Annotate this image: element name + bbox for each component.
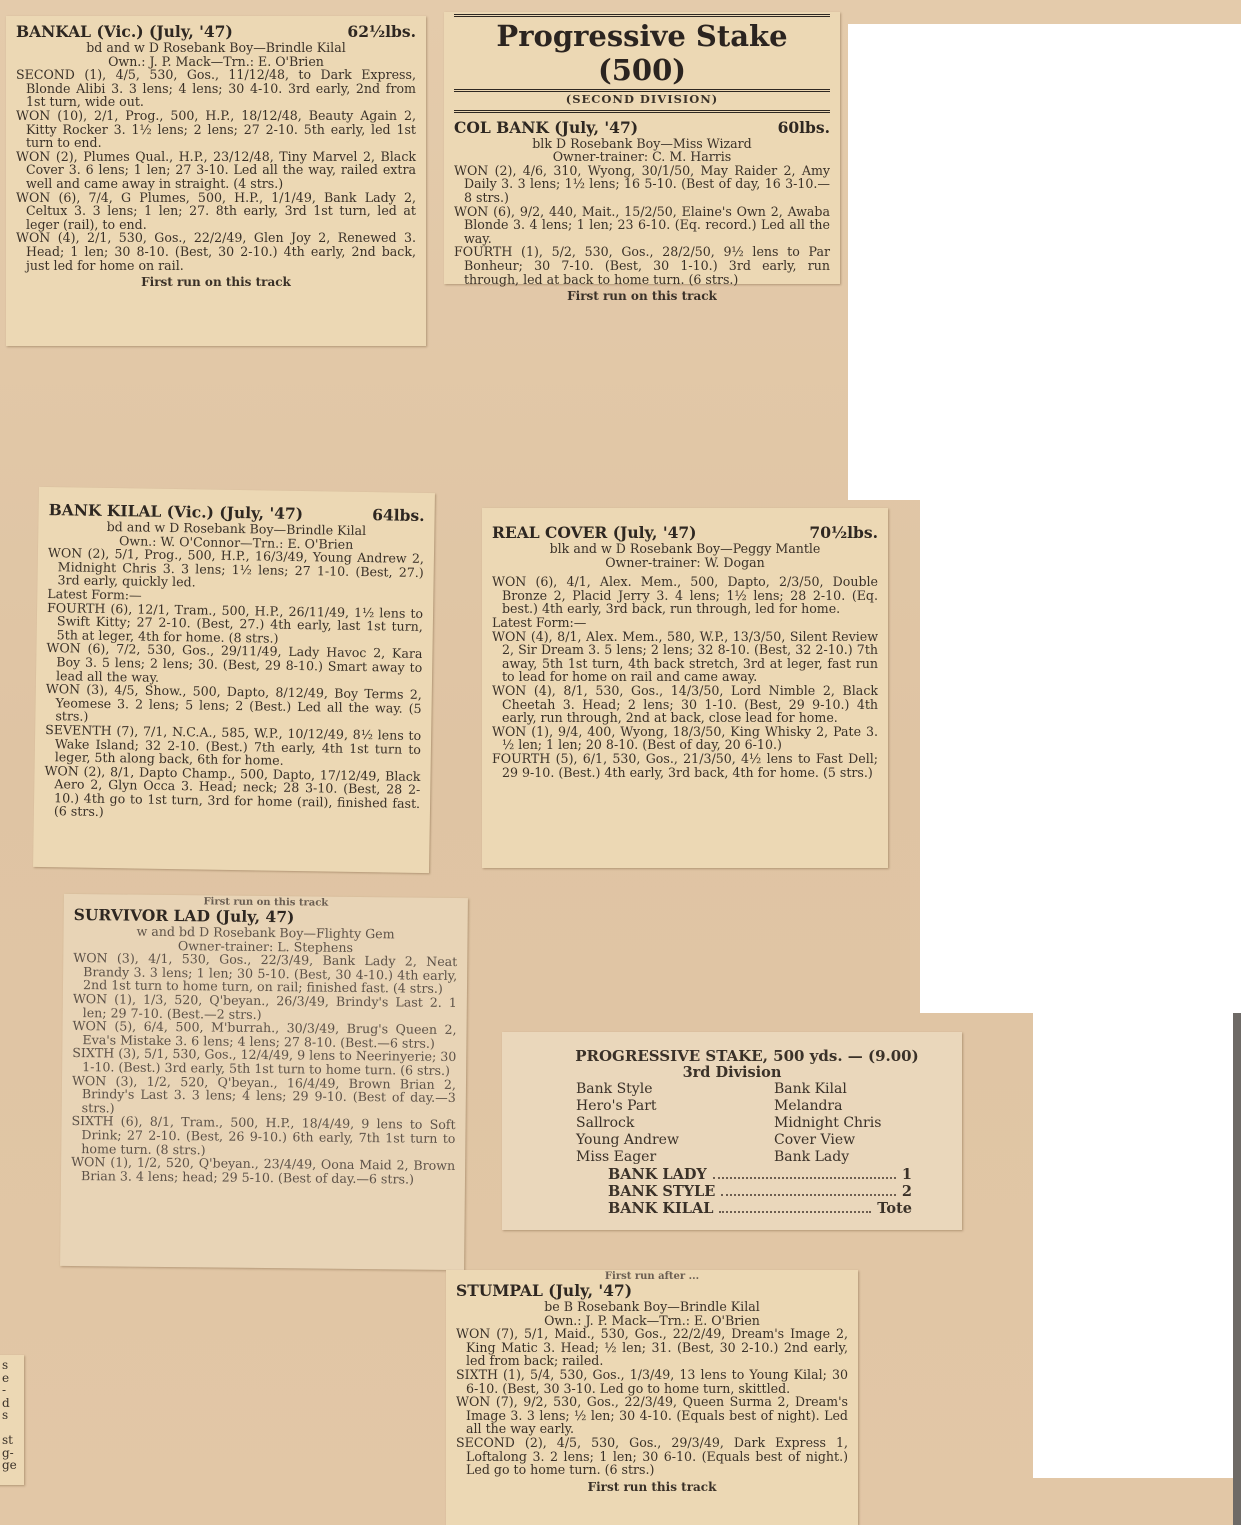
horse-header: COL BANK (July, '47) 60lbs.	[454, 119, 830, 137]
clipping-col-bank: Progressive Stake (500) (SECOND DIVISION…	[444, 12, 840, 284]
fragment-line: s	[2, 1359, 22, 1372]
form-line: WON (10), 2/1, Prog., 500, H.P., 18/12/4…	[16, 109, 416, 150]
fragment-line: s	[2, 1409, 22, 1422]
race-title: Progressive Stake (500)	[454, 14, 830, 92]
connections: Owner-trainer: C. M. Harris	[454, 150, 830, 164]
result-horse: BANK STYLE	[608, 1183, 715, 1200]
leader-dots	[713, 1166, 896, 1179]
connections: Owner-trainer: W. Dogan	[492, 556, 878, 570]
race-division: 3rd Division	[512, 1065, 952, 1081]
form-lines: SECOND (1), 4/5, 530, Gos., 11/12/48, to…	[16, 68, 416, 272]
form-line: WON (2), Plumes Qual., H.P., 23/12/48, T…	[16, 150, 416, 191]
form-line: SIXTH (6), 8/1, Tram., 500, H.P., 18/4/4…	[71, 1114, 455, 1159]
form-line: SIXTH (1), 5/4, 530, Gos., 1/3/49, 13 le…	[456, 1368, 848, 1395]
horse-name: COL BANK (July, '47)	[454, 119, 638, 137]
clipping-stumpal: First run after ... STUMPAL (July, '47) …	[446, 1270, 858, 1525]
entry-name: Sallrock	[576, 1115, 754, 1132]
clipping-footer: First run this track	[456, 1481, 848, 1495]
form-lines: WON (3), 4/1, 530, Gos., 22/3/49, Bank L…	[71, 951, 457, 1186]
clipping-third-division: PROGRESSIVE STAKE, 500 yds. — (9.00) 3rd…	[502, 1032, 962, 1230]
clipping-bankal: BANKAL (Vic.) (July, '47) 62½lbs. bd and…	[6, 16, 426, 346]
horse-header: REAL COVER (July, '47) 70½lbs.	[492, 524, 878, 542]
form-line: WON (1), 9/4, 400, Wyong, 18/3/50, King …	[492, 725, 878, 752]
entry-name: Young Andrew	[576, 1132, 754, 1149]
connections: Own.: J. P. Mack—Trn.: E. O'Brien	[16, 55, 416, 69]
fragment-line: -	[2, 1384, 22, 1397]
horse-weight: 62½lbs.	[347, 23, 416, 41]
entry-name: Midnight Chris	[774, 1115, 952, 1132]
form-line: WON (3), 4/1, 530, Gos., 22/3/49, Bank L…	[73, 951, 457, 996]
form-line: WON (6), 9/2, 440, Mait., 15/2/50, Elain…	[454, 205, 830, 246]
result-place: 1	[902, 1166, 912, 1183]
binding-shadow	[1233, 1013, 1241, 1525]
form-lines: FOURTH (6), 12/1, Tram., 500, H.P., 26/1…	[44, 601, 423, 824]
form-line: WON (1), 1/2, 520, Q'beyan., 23/4/49, Oo…	[71, 1155, 455, 1186]
entry-name: Bank Kilal	[774, 1081, 952, 1098]
race-title: PROGRESSIVE STAKE, 500 yds. — (9.00)	[512, 1048, 952, 1065]
result-horse: BANK KILAL	[608, 1200, 713, 1217]
form-line: FOURTH (1), 5/2, 530, Gos., 28/2/50, 9½ …	[454, 245, 830, 286]
fragment-lines: se-ds stg-ge	[2, 1359, 22, 1472]
clipping-real-cover: REAL COVER (July, '47) 70½lbs. blk and w…	[482, 508, 888, 868]
entry-name: Bank Style	[576, 1081, 754, 1098]
horse-header: STUMPAL (July, '47)	[456, 1282, 848, 1300]
double-rule	[454, 110, 830, 113]
breeding: be B Rosebank Boy—Brindle Kilal	[456, 1300, 848, 1314]
horse-weight: 60lbs.	[778, 119, 830, 137]
entry-name: Melandra	[774, 1098, 952, 1115]
form-line: SECOND (1), 4/5, 530, Gos., 11/12/48, to…	[16, 68, 416, 109]
form-line: WON (7), 5/1, Maid., 530, Gos., 22/2/49,…	[456, 1327, 848, 1368]
form-line: WON (2), 5/1, Prog., 500, H.P., 16/3/49,…	[47, 546, 424, 593]
horse-weight: 70½lbs.	[809, 524, 878, 542]
clipping-footer: First run on this track	[454, 290, 830, 304]
form-line: WON (4), 2/1, 530, Gos., 22/2/49, Glen J…	[16, 231, 416, 272]
form-line: WON (2), 4/6, 310, Wyong, 30/1/50, May R…	[454, 164, 830, 205]
form-line: WON (7), 9/2, 530, Gos., 22/3/49, Queen …	[456, 1395, 848, 1436]
leader-dots	[719, 1200, 871, 1213]
result-row: BANK LADY1	[512, 1166, 952, 1183]
entry-name: Bank Lady	[774, 1149, 952, 1166]
form-lines: WON (2), 4/6, 310, Wyong, 30/1/50, May R…	[454, 164, 830, 286]
clipping-edge-fragment: se-ds stg-ge	[0, 1355, 24, 1485]
form-line: WON (2), 8/1, Dapto Champ., 500, Dapto, …	[44, 764, 421, 824]
form-line: WON (4), 8/1, 530, Gos., 14/3/50, Lord N…	[492, 684, 878, 725]
breeding: blk D Rosebank Boy—Miss Wizard	[454, 137, 830, 151]
blank-area-top-right	[848, 24, 1241, 500]
entry-name: Cover View	[774, 1132, 952, 1149]
form-lines: WON (4), 8/1, Alex. Mem., 580, W.P., 13/…	[492, 630, 878, 780]
entries-column-left: Bank StyleHero's PartSallrockYoung Andre…	[576, 1081, 754, 1166]
breeding: bd and w D Rosebank Boy—Brindle Kilal	[16, 41, 416, 55]
fragment-line: st	[2, 1434, 22, 1447]
result-horse: BANK LADY	[608, 1166, 707, 1183]
horse-header: BANKAL (Vic.) (July, '47) 62½lbs.	[16, 23, 416, 41]
race-division: (SECOND DIVISION)	[454, 93, 830, 107]
clipping-footer: First run on this track	[16, 276, 416, 290]
connections: Own.: J. P. Mack—Trn.: E. O'Brien	[456, 1314, 848, 1328]
form-line: WON (6), 4/1, Alex. Mem., 500, Dapto, 2/…	[492, 575, 878, 616]
result-place: Tote	[877, 1200, 912, 1217]
result-row: BANK KILALTote	[512, 1200, 952, 1217]
blank-area-middle-right	[920, 500, 1241, 1013]
breeding: blk and w D Rosebank Boy—Peggy Mantle	[492, 542, 878, 556]
horse-weight: 64lbs.	[372, 506, 425, 525]
result-place: 2	[902, 1183, 912, 1200]
horse-name: BANKAL (Vic.) (July, '47)	[16, 23, 233, 41]
form-lines-before: WON (2), 5/1, Prog., 500, H.P., 16/3/49,…	[47, 546, 424, 593]
form-line: WON (3), 4/5, Show., 500, Dapto, 8/12/49…	[45, 682, 422, 729]
results-list: BANK LADY1BANK STYLE2BANK KILALTote	[512, 1166, 952, 1217]
clipping-bank-kilal: BANK KILAL (Vic.) (July, '47) 64lbs. bd …	[33, 487, 435, 873]
form-lines: WON (7), 5/1, Maid., 530, Gos., 22/2/49,…	[456, 1327, 848, 1477]
entry-name: Hero's Part	[576, 1098, 754, 1115]
latest-form-label: Latest Form:—	[492, 616, 878, 630]
clipping-survivor-lad: First run on this track SURVIVOR LAD (Ju…	[60, 894, 468, 1270]
leader-dots	[721, 1183, 896, 1196]
horse-name: REAL COVER (July, '47)	[492, 524, 697, 542]
blank-area-bottom-right	[1033, 1013, 1233, 1478]
form-line: WON (6), 7/4, G Plumes, 500, H.P., 1/1/4…	[16, 191, 416, 232]
result-row: BANK STYLE2	[512, 1183, 952, 1200]
form-line: FOURTH (5), 6/1, 530, Gos., 21/3/50, 4½ …	[492, 752, 878, 779]
form-line: WON (3), 1/2, 520, Q'beyan., 16/4/49, Br…	[72, 1074, 456, 1119]
form-line: WON (4), 8/1, Alex. Mem., 580, W.P., 13/…	[492, 630, 878, 684]
entries-column-right: Bank KilalMelandraMidnight ChrisCover Vi…	[774, 1081, 952, 1166]
entry-name: Miss Eager	[576, 1149, 754, 1166]
form-line: SEVENTH (7), 7/1, N.C.A., 585, W.P., 10/…	[45, 723, 422, 770]
horse-name: STUMPAL (July, '47)	[456, 1282, 632, 1300]
form-line: SECOND (2), 4/5, 530, Gos., 29/3/49, Dar…	[456, 1436, 848, 1477]
entries-list: Bank StyleHero's PartSallrockYoung Andre…	[512, 1081, 952, 1166]
form-lines-before: WON (6), 4/1, Alex. Mem., 500, Dapto, 2/…	[492, 575, 878, 616]
fragment-line: ge	[2, 1459, 22, 1472]
